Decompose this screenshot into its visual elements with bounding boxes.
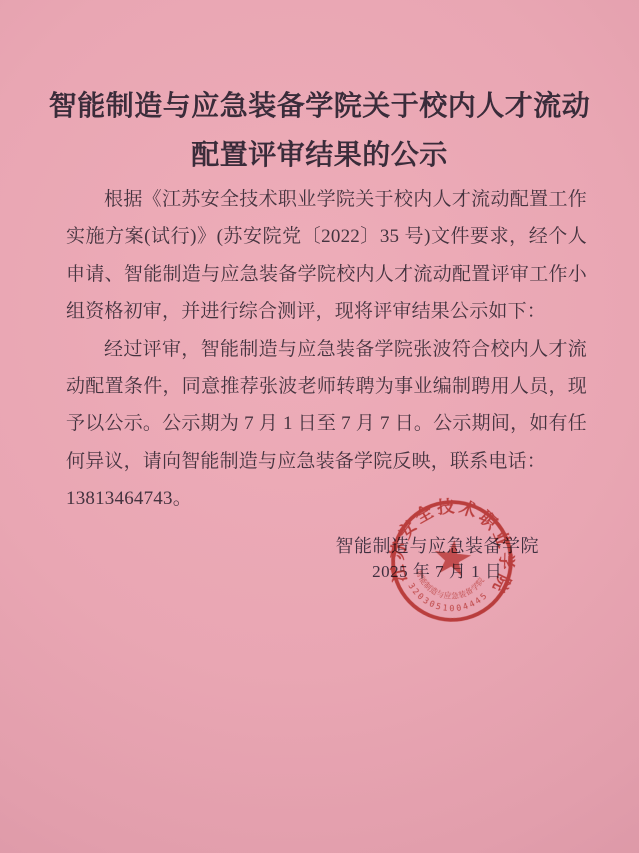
body-line: 组资格初审，并进行综合测评，现将评审结果公示如下： <box>66 293 587 330</box>
official-seal: 江苏安全技术职业学院 智能制造与应急装备学院 3203051004445 <box>381 490 524 633</box>
document-page: 智能制造与应急装备学院关于校内人才流动 配置评审结果的公示 根据《江苏安全技术职… <box>0 0 639 853</box>
body-line: 根据《江苏安全技术职业学院关于校内人才流动配置工作 <box>66 181 587 218</box>
body-line: 何异议，请向智能制造与应急装备学院反映，联系电话： <box>66 443 587 480</box>
body-line: 经过评审，智能制造与应急装备学院张波符合校内人才流 <box>66 331 587 368</box>
seal-star-icon <box>432 538 472 577</box>
document-body: 根据《江苏安全技术职业学院关于校内人才流动配置工作 实施方案(试行)》(苏安院党… <box>66 181 587 518</box>
body-line: 申请、智能制造与应急装备学院校内人才流动配置评审工作小 <box>66 256 587 293</box>
seal-graphic: 江苏安全技术职业学院 智能制造与应急装备学院 3203051004445 <box>381 490 524 633</box>
body-line: 予以公示。公示期为 7 月 1 日至 7 月 7 日。公示期间，如有任 <box>66 405 587 442</box>
document-title-line1: 智能制造与应急装备学院关于校内人才流动 <box>0 82 639 131</box>
document-title-line2: 配置评审结果的公示 <box>0 131 639 180</box>
paragraph-1: 根据《江苏安全技术职业学院关于校内人才流动配置工作 实施方案(试行)》(苏安院党… <box>66 181 587 331</box>
body-line: 动配置条件，同意推荐张波老师转聘为事业编制聘用人员，现 <box>66 368 587 405</box>
paragraph-2: 经过评审，智能制造与应急装备学院张波符合校内人才流 动配置条件，同意推荐张波老师… <box>66 331 587 518</box>
body-line: 实施方案(试行)》(苏安院党〔2022〕35 号)文件要求，经个人 <box>66 218 587 255</box>
document-title: 智能制造与应急装备学院关于校内人才流动 配置评审结果的公示 <box>0 82 639 180</box>
